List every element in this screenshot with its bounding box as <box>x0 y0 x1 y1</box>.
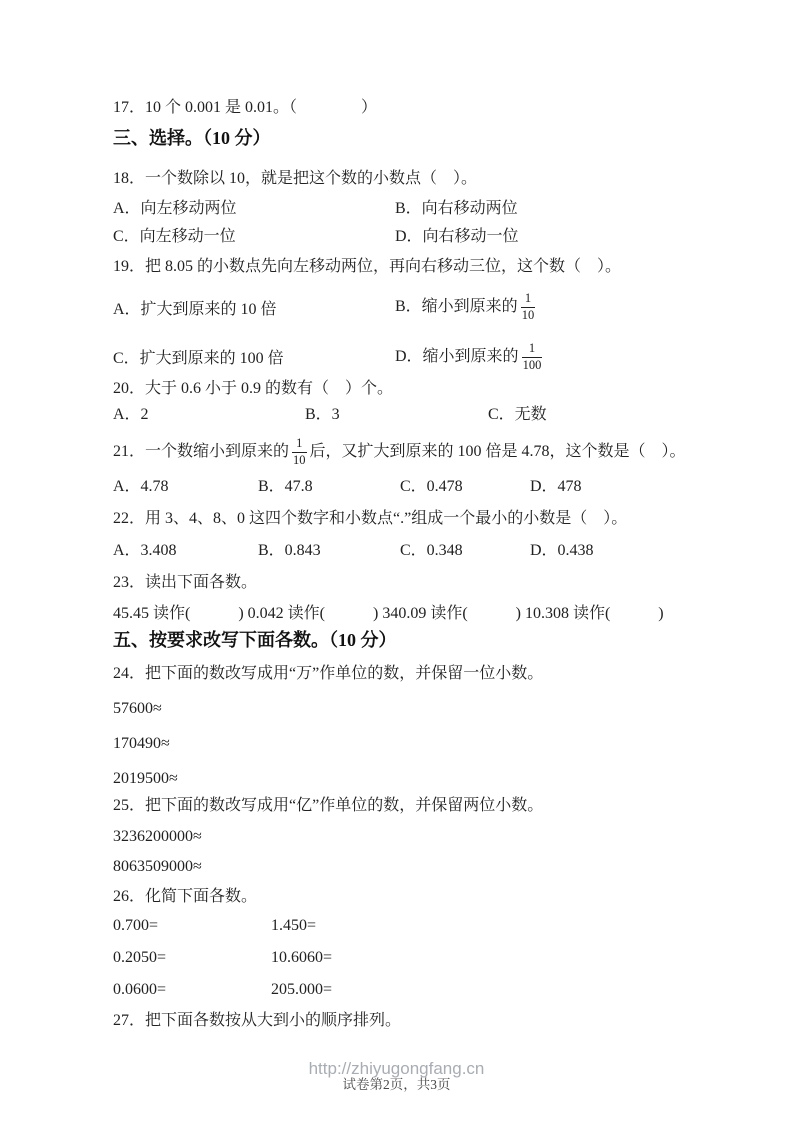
question-26-item-3: 0.2050= <box>113 948 166 968</box>
question-18-stem: 18．一个数除以 10，就是把这个数的小数点（ ）。 <box>113 169 477 189</box>
question-18-option-d: D．向右移动一位 <box>395 227 519 247</box>
question-24-item-3: 2019500≈ <box>113 769 178 789</box>
fraction-1-10: 110 <box>292 436 307 468</box>
question-18-option-b: B．向右移动两位 <box>395 199 518 219</box>
question-22-option-b: B．0.843 <box>258 541 321 561</box>
question-22-option-d: D．0.438 <box>530 541 594 561</box>
question-19-option-b: B．缩小到原来的110 <box>395 287 538 327</box>
question-20-option-b: B．3 <box>305 405 340 425</box>
question-19-stem: 19．把 8.05 的小数点先向左移动两位，再向右移动三位，这个数（ ）。 <box>113 257 621 277</box>
question-21-option-a: A．4.78 <box>113 477 169 497</box>
question-26-stem: 26．化简下面各数。 <box>113 887 257 907</box>
question-17: 17．10 个 0.001 是 0.01。（ ） <box>113 98 377 118</box>
question-21-option-d: D．478 <box>530 477 582 497</box>
question-26-item-2: 1.450= <box>271 916 316 936</box>
question-20-option-a: A．2 <box>113 405 149 425</box>
question-25-item-2: 8063509000≈ <box>113 857 202 877</box>
question-18-option-a: A．向左移动两位 <box>113 199 237 219</box>
question-24-item-2: 170490≈ <box>113 734 170 754</box>
question-24-item-1: 57600≈ <box>113 699 162 719</box>
question-23-read-line: 45.45 读作( ) 0.042 读作( ) 340.09 读作( ) 10.… <box>113 604 664 624</box>
fraction-1-10: 110 <box>521 291 536 323</box>
question-25-stem: 25．把下面的数改写成用“亿”作单位的数，并保留两位小数。 <box>113 796 543 816</box>
question-21-stem-suffix: 后，又扩大到原来的 100 倍是 4.78，这个数是（ ）。 <box>310 442 686 462</box>
fraction-1-100: 1100 <box>522 341 543 373</box>
question-23-stem: 23．读出下面各数。 <box>113 573 257 593</box>
section-3-heading: 三、选择。（10 分） <box>113 127 271 150</box>
section-5-heading: 五、按要求改写下面各数。（10 分） <box>113 629 397 652</box>
question-21-option-c: C．0.478 <box>400 477 463 497</box>
question-21-stem-prefix: 21．一个数缩小到原来的 <box>113 442 289 462</box>
exam-paper-page: 17．10 个 0.001 是 0.01。（ ） 三、选择。（10 分） 18．… <box>0 0 793 1122</box>
question-22-stem: 22．用 3、4、8、0 这四个数字和小数点“.”组成一个最小的小数是（ ）。 <box>113 509 627 529</box>
page-number-footer: 试卷第2页，共3页 <box>0 1073 793 1093</box>
question-26-item-5: 0.0600= <box>113 980 166 1000</box>
question-25-item-1: 3236200000≈ <box>113 827 202 847</box>
question-26-item-6: 205.000= <box>271 980 332 1000</box>
question-24-stem: 24．把下面的数改写成用“万”作单位的数，并保留一位小数。 <box>113 664 543 684</box>
option-b-text: B．缩小到原来的 <box>395 297 518 317</box>
question-21-option-b: B．47.8 <box>258 477 313 497</box>
question-22-option-c: C．0.348 <box>400 541 463 561</box>
question-18-option-c: C．向左移动一位 <box>113 227 236 247</box>
question-19-option-a: A．扩大到原来的 10 倍 <box>113 300 277 320</box>
question-21-stem: 21．一个数缩小到原来的110后，又扩大到原来的 100 倍是 4.78，这个数… <box>113 430 686 474</box>
question-27-stem: 27．把下面各数按从大到小的顺序排列。 <box>113 1011 401 1031</box>
option-d-text: D．缩小到原来的 <box>395 347 519 367</box>
question-19-option-d: D．缩小到原来的1100 <box>395 336 545 378</box>
question-20-stem: 20．大于 0.6 小于 0.9 的数有（ ）个。 <box>113 379 393 399</box>
question-26-item-1: 0.700= <box>113 916 158 936</box>
question-20-option-c: C．无数 <box>488 405 547 425</box>
question-19-option-c: C．扩大到原来的 100 倍 <box>113 349 284 369</box>
question-26-item-4: 10.6060= <box>271 948 332 968</box>
question-22-option-a: A．3.408 <box>113 541 177 561</box>
